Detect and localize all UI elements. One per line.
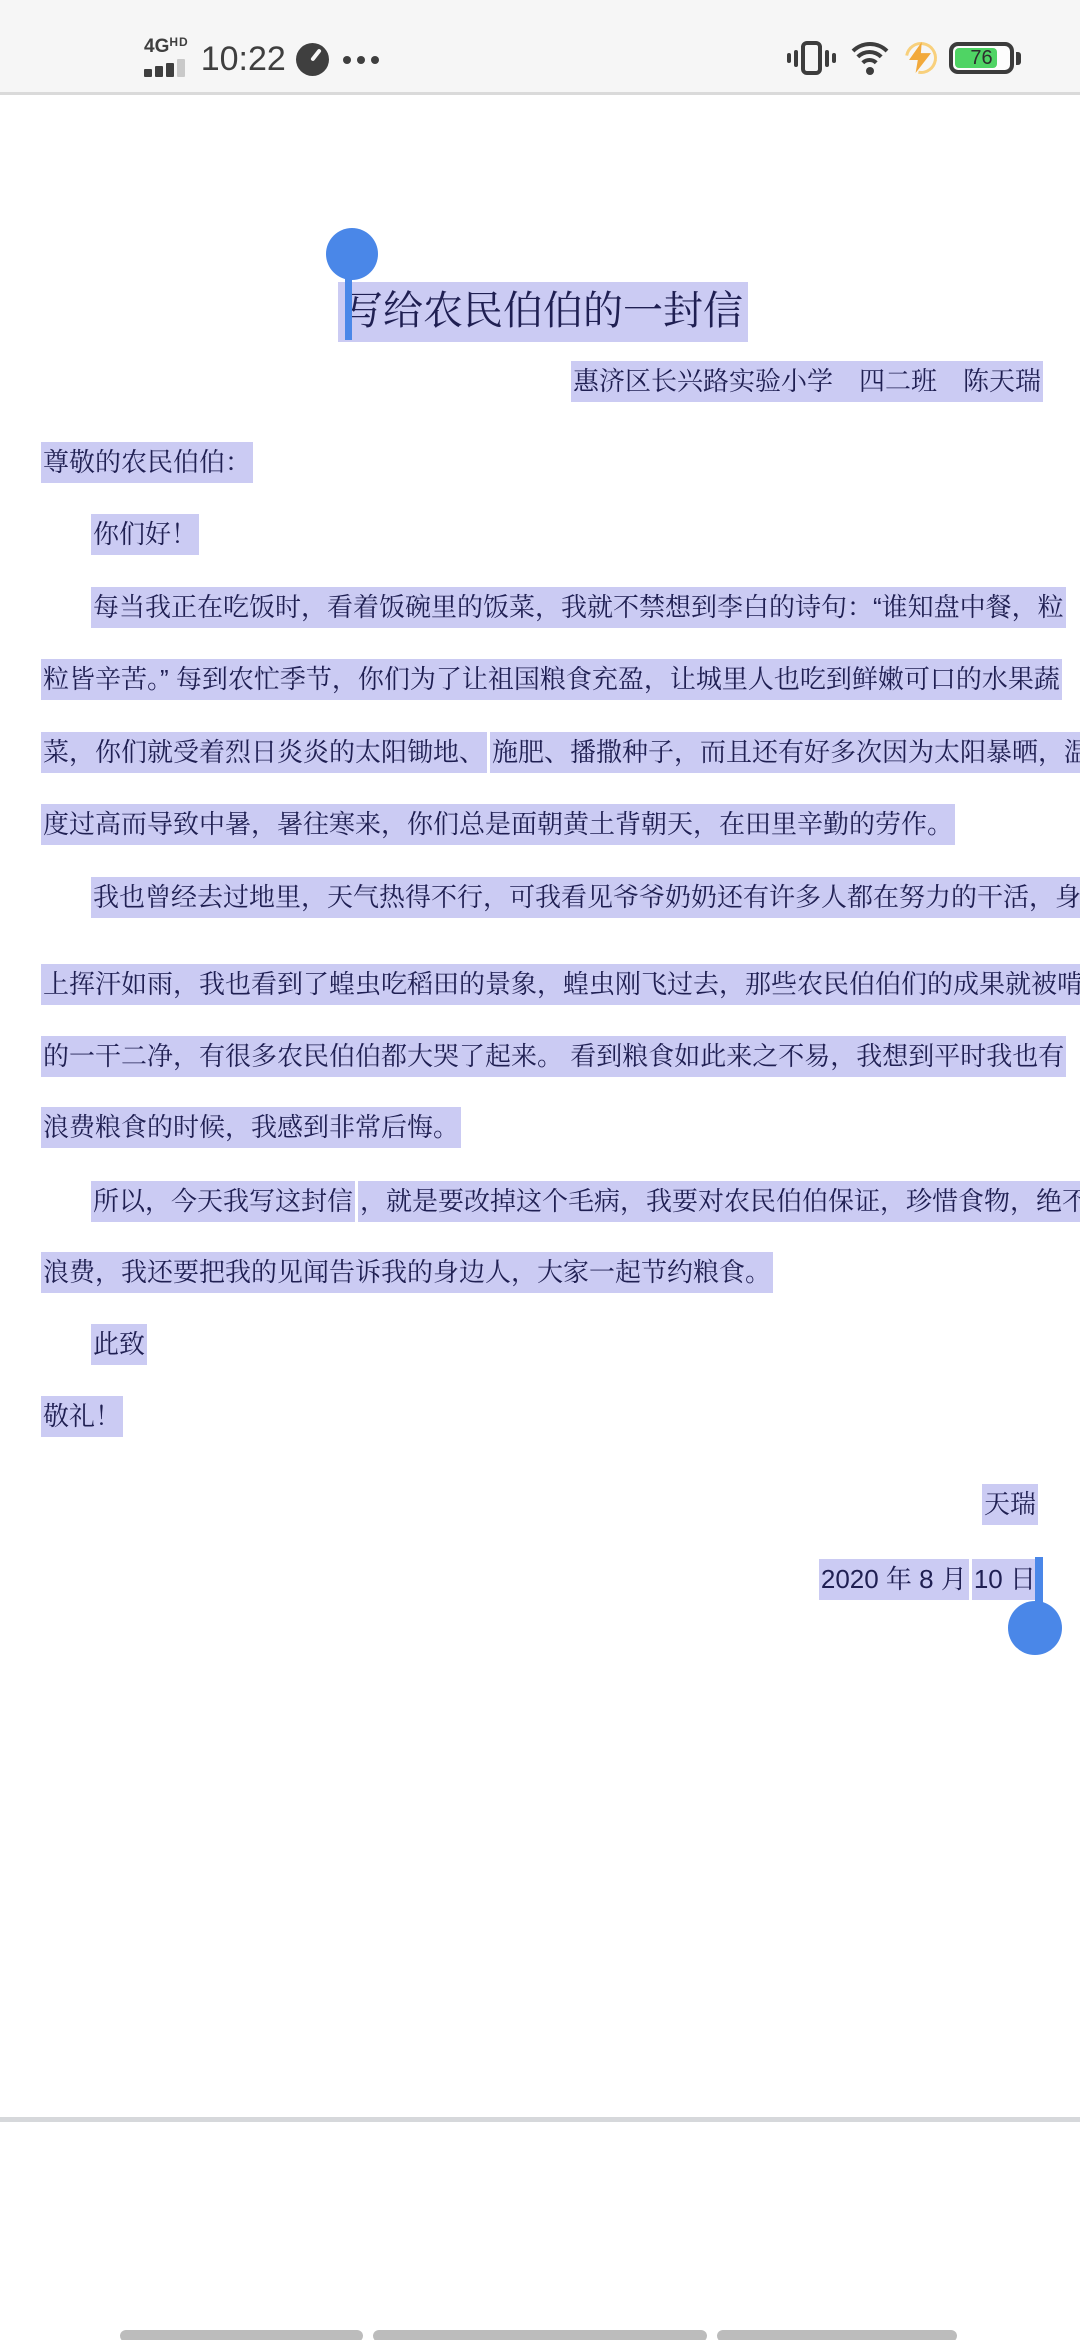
text-line[interactable]: 我也曾经去过地里，天气热得不行，可我看见爷爷奶奶还有许多人都在努力的干活，身 — [91, 878, 1080, 916]
text-run[interactable]: 度过高而导致中暑，暑往寒来，你们总是面朝黄土背朝天，在田里辛勤的劳作。 — [41, 804, 955, 845]
text-run[interactable]: 的一干二净，有很多农民伯伯都大哭了起来。 看到粮食如此来之不易，我想到平时我也有 — [41, 1036, 1066, 1077]
text-line[interactable]: 你们好！ — [91, 515, 199, 553]
vibrate-icon — [787, 40, 836, 76]
text-line[interactable]: 浪费，我还要把我的见闻告诉我的身边人，大家一起节约粮食。 — [41, 1253, 773, 1291]
wifi-icon — [847, 42, 893, 74]
text-line[interactable]: 菜，你们就受着烈日炎炎的太阳锄地、施肥、播撒种子，而且还有好多次因为太阳暴晒，温 — [41, 733, 1080, 771]
selection-end-handle[interactable] — [1008, 1601, 1062, 1655]
text-run[interactable]: 此致 — [91, 1324, 147, 1365]
speedometer-icon — [296, 43, 329, 76]
text-line[interactable]: 每当我正在吃饭时，看着饭碗里的饭菜，我就不禁想到李白的诗句：“谁知盘中餐，粒 — [91, 588, 1066, 626]
text-run[interactable]: 上挥汗如雨，我也看到了蝗虫吃稻田的景象，蝗虫刚飞过去，那些农民伯伯们的成果就被啃 — [41, 964, 1080, 1005]
byline-line[interactable]: 惠济区长兴路实验小学 四二班 陈天瑞 — [41, 362, 1043, 400]
text-line[interactable]: 上挥汗如雨，我也看到了蝗虫吃稻田的景象，蝗虫刚飞过去，那些农民伯伯们的成果就被啃 — [41, 965, 1080, 1003]
text-run[interactable]: 你们好！ — [91, 514, 199, 555]
bottom-toolbar-tab[interactable] — [717, 2330, 957, 2340]
battery-percent: 76 — [953, 46, 1010, 70]
text-run[interactable]: 我也曾经去过地里，天气热得不行，可我看见爷爷奶奶还有许多人都在努力的干活，身 — [91, 877, 1080, 918]
phone-screen: 4GHD 10:22 76 写给农民伯伯的一封信 — [0, 0, 1080, 2340]
text-line[interactable]: 所以，今天我写这封信，就是要改掉这个毛病，我要对农民伯伯保证，珍惜食物，绝不 — [91, 1182, 1080, 1220]
text-line[interactable]: 度过高而导致中暑，暑往寒来，你们总是面朝黄土背朝天，在田里辛勤的劳作。 — [41, 805, 955, 843]
text-line[interactable]: 浪费粮食的时候，我感到非常后悔。 — [41, 1108, 461, 1146]
selection-end-handle-stem[interactable] — [1035, 1557, 1043, 1605]
text-line[interactable]: 敬礼！ — [41, 1397, 123, 1435]
text-line[interactable]: 此致 — [91, 1325, 147, 1363]
bottom-toolbar-tab[interactable] — [373, 2330, 707, 2340]
network-type-label: 4GHD — [144, 34, 189, 55]
text-run[interactable]: ，就是要改掉这个毛病，我要对农民伯伯保证，珍惜食物，绝不 — [358, 1181, 1080, 1222]
text-line[interactable]: 粒皆辛苦。” 每到农忙季节，你们为了让祖国粮食充盈，让城里人也吃到鲜嫩可口的水果… — [41, 660, 1062, 698]
signal-bars-icon — [144, 59, 185, 77]
status-bar: 4GHD 10:22 76 — [0, 0, 1080, 95]
document-title[interactable]: 写给农民伯伯的一封信 — [338, 282, 748, 342]
status-left-cluster: 4GHD 10:22 — [144, 34, 379, 77]
text-run[interactable]: 尊敬的农民伯伯： — [41, 442, 253, 483]
bottom-toolbar-tab[interactable] — [120, 2330, 363, 2340]
page-bottom-edge — [0, 2117, 1080, 2122]
text-run[interactable]: 每当我正在吃饭时，看着饭碗里的饭菜，我就不禁想到李白的诗句：“谁知盘中餐，粒 — [91, 587, 1066, 628]
date-line[interactable]: 2020 年 8 月10 日 — [41, 1560, 1038, 1598]
network-indicator: 4GHD — [144, 34, 189, 77]
battery-cap — [1016, 52, 1021, 65]
hd-badge: HD — [169, 35, 188, 49]
status-right-cluster: 76 — [787, 40, 1021, 76]
battery-icon: 76 — [949, 42, 1021, 74]
text-line[interactable]: 的一干二净，有很多农民伯伯都大哭了起来。 看到粮食如此来之不易，我想到平时我也有 — [41, 1037, 1066, 1075]
text-run[interactable]: 浪费粮食的时候，我感到非常后悔。 — [41, 1107, 461, 1148]
clock-time: 10:22 — [201, 42, 286, 76]
title-line[interactable]: 写给农民伯伯的一封信 — [41, 282, 1045, 340]
signature-line[interactable]: 天瑞 — [41, 1485, 1038, 1523]
text-run[interactable]: 施肥、播撒种子，而且还有好多次因为太阳暴晒，温 — [490, 732, 1080, 773]
more-dots-icon — [343, 56, 379, 64]
text-run[interactable]: 2020 年 8 月 — [819, 1559, 969, 1600]
text-run[interactable]: 浪费，我还要把我的见闻告诉我的身边人，大家一起节约粮食。 — [41, 1252, 773, 1293]
text-run[interactable]: 菜，你们就受着烈日炎炎的太阳锄地、 — [41, 732, 487, 773]
text-run[interactable]: 所以，今天我写这封信 — [91, 1181, 355, 1222]
document-byline[interactable]: 惠济区长兴路实验小学 四二班 陈天瑞 — [571, 361, 1043, 402]
charging-bolt-icon — [904, 41, 938, 75]
text-line[interactable]: 尊敬的农民伯伯： — [41, 443, 253, 481]
text-run[interactable]: 天瑞 — [982, 1484, 1038, 1525]
text-run[interactable]: 敬礼！ — [41, 1396, 123, 1437]
selection-start-handle[interactable] — [326, 228, 378, 280]
document-page[interactable]: 写给农民伯伯的一封信 惠济区长兴路实验小学 四二班 陈天瑞 尊敬的农民伯伯： 你… — [0, 98, 1080, 2117]
text-run[interactable]: 10 日 — [972, 1559, 1038, 1600]
text-run[interactable]: 粒皆辛苦。” 每到农忙季节，你们为了让祖国粮食充盈，让城里人也吃到鲜嫩可口的水果… — [41, 659, 1062, 700]
